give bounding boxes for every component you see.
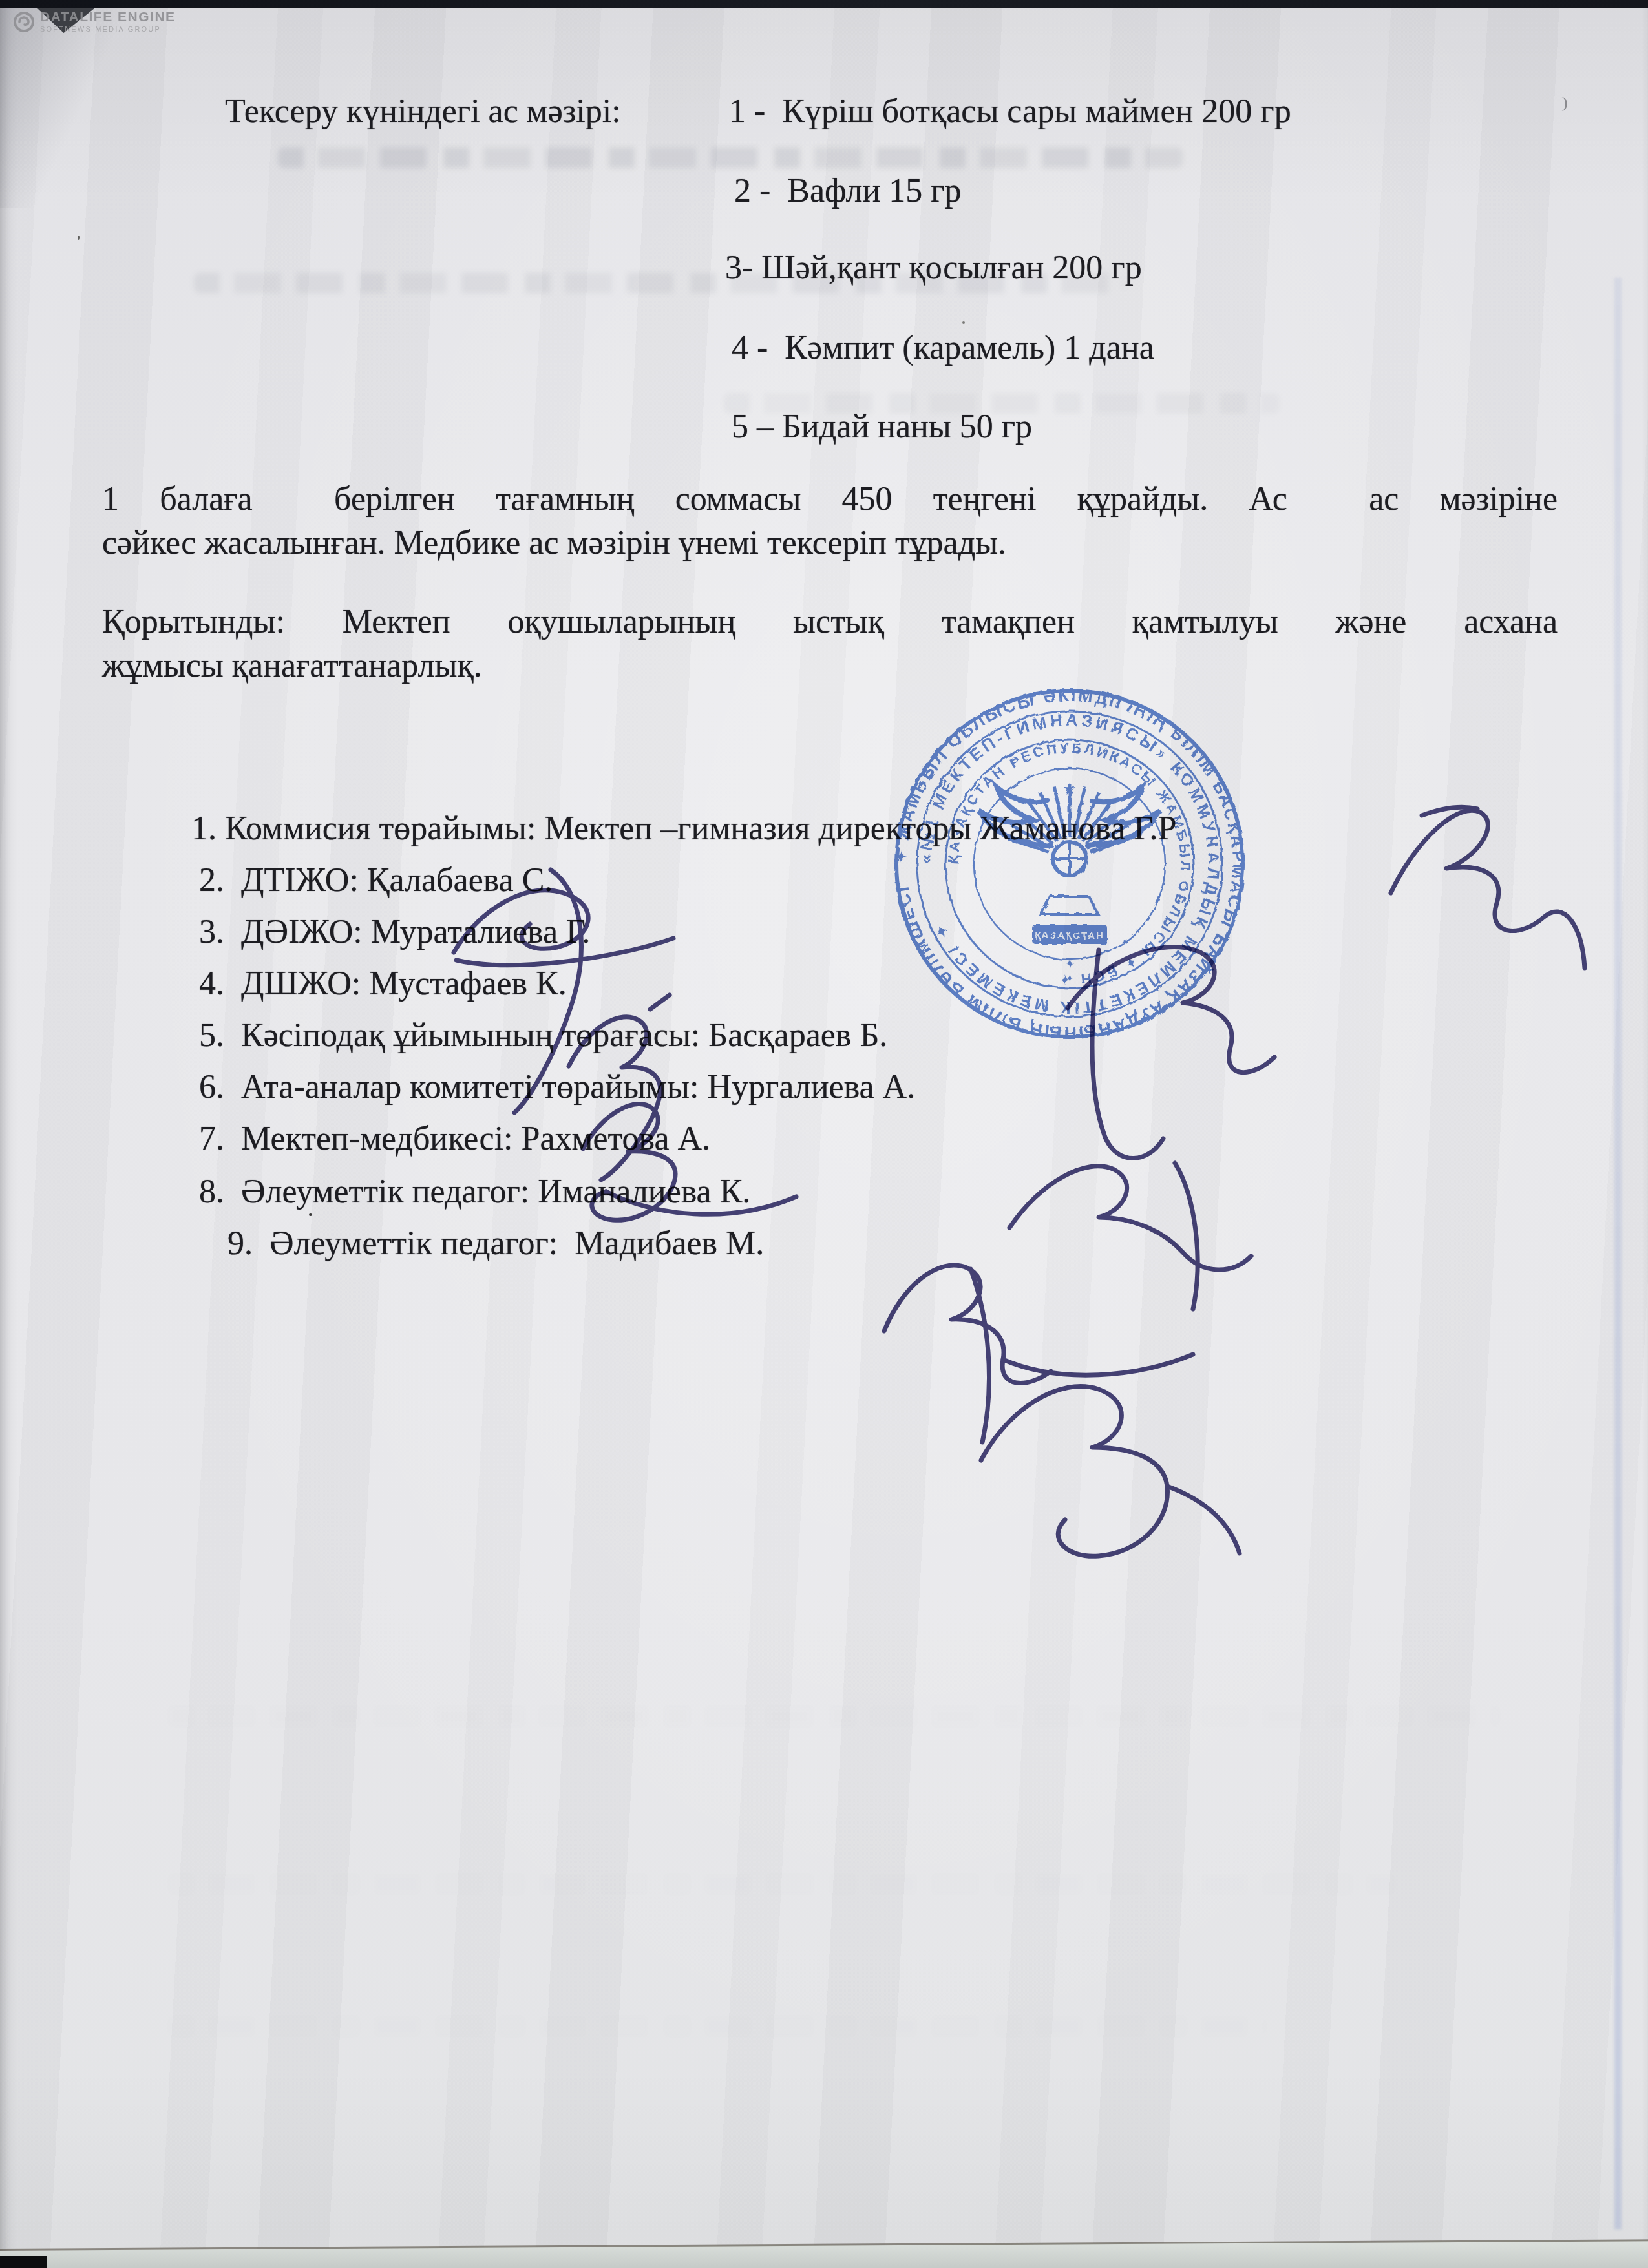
ghost-bleed-line [278,147,1183,168]
ghost-bleed-line [168,1706,1499,1727]
scanner-top-strip [0,0,1648,8]
commission-member: 4. ДШЖО: Мустафаев К. [199,964,567,1003]
commission-member: 6. Ата-аналар комитеті төрайымы: Нургали… [199,1067,915,1107]
official-stamp: ★ ҚАЗАҚСТАН ✦ ✦ [889,683,1251,1045]
scanner-corner-black [0,2256,47,2268]
commission-member: 9. Әлеуметтік педагог: Мадибаев М. [227,1224,764,1263]
commission-member: 8. Әлеуметтік педагог: Иманалиева К. [199,1172,750,1212]
ghost-bleed-line [168,1874,1396,1895]
svg-text:✦: ✦ [1065,958,1074,970]
watermark-subtitle: SOFTNEWS MEDIA GROUP [40,26,176,34]
stamp-banner-text: ҚАЗАҚСТАН [1035,930,1104,941]
menu-item: 5 – Бидай наны 50 гр [732,407,1032,446]
datalife-logo-icon [13,11,35,33]
watermark-title: DATALIFE ENGINE [40,10,176,24]
menu-item: 2 - Вафли 15 гр [734,171,962,211]
commission-member: 2. ДТІЖО: Қалабаева С. [199,861,553,900]
dust-speck [78,236,80,240]
right-edge-scan-line [1614,278,1622,2229]
menu-item: 4 - Кәмпит (карамель) 1 дана [732,328,1154,368]
scanned-document-page: Тексеру күніндегі ас мәзірі: 1 - Күріш б… [0,0,1648,2268]
dust-speck [962,321,965,324]
paper-sheet: Тексеру күніндегі ас мәзірі: 1 - Күріш б… [0,0,1648,2268]
ghost-bleed-line [168,2016,1267,2037]
dust-speck [309,1213,312,1216]
paragraph-line: Қорытынды: Мектеп оқушыларының ыстық там… [102,602,1558,642]
commission-member: 3. ДӘІЖО: Мураталиева Г. [199,912,590,952]
menu-intro: Тексеру күніндегі ас мәзірі: [225,92,621,131]
commission-member: 5. Кәсіподақ ұйымының төрағасы: Басқарае… [199,1016,887,1055]
datalife-watermark: DATALIFE ENGINE SOFTNEWS MEDIA GROUP [13,10,176,34]
paragraph-line: 1 балаға берілген тағамның соммасы 450 т… [102,479,1558,519]
dust-speck [1556,97,1567,111]
paper-corner-fold-shadow [0,8,136,208]
commission-member: 7. Мектеп-медбикесі: Рахметова А. [199,1119,710,1159]
menu-item: 1 - Күріш ботқасы сары маймен 200 гр [729,92,1291,131]
paragraph-line: сәйкес жасалынған. Медбике ас мәзірін үн… [102,523,1006,563]
paragraph-line: жұмысы қанағаттанарлық. [102,646,482,686]
menu-item: 3- Шәй,қант қосылған 200 гр [725,248,1142,288]
